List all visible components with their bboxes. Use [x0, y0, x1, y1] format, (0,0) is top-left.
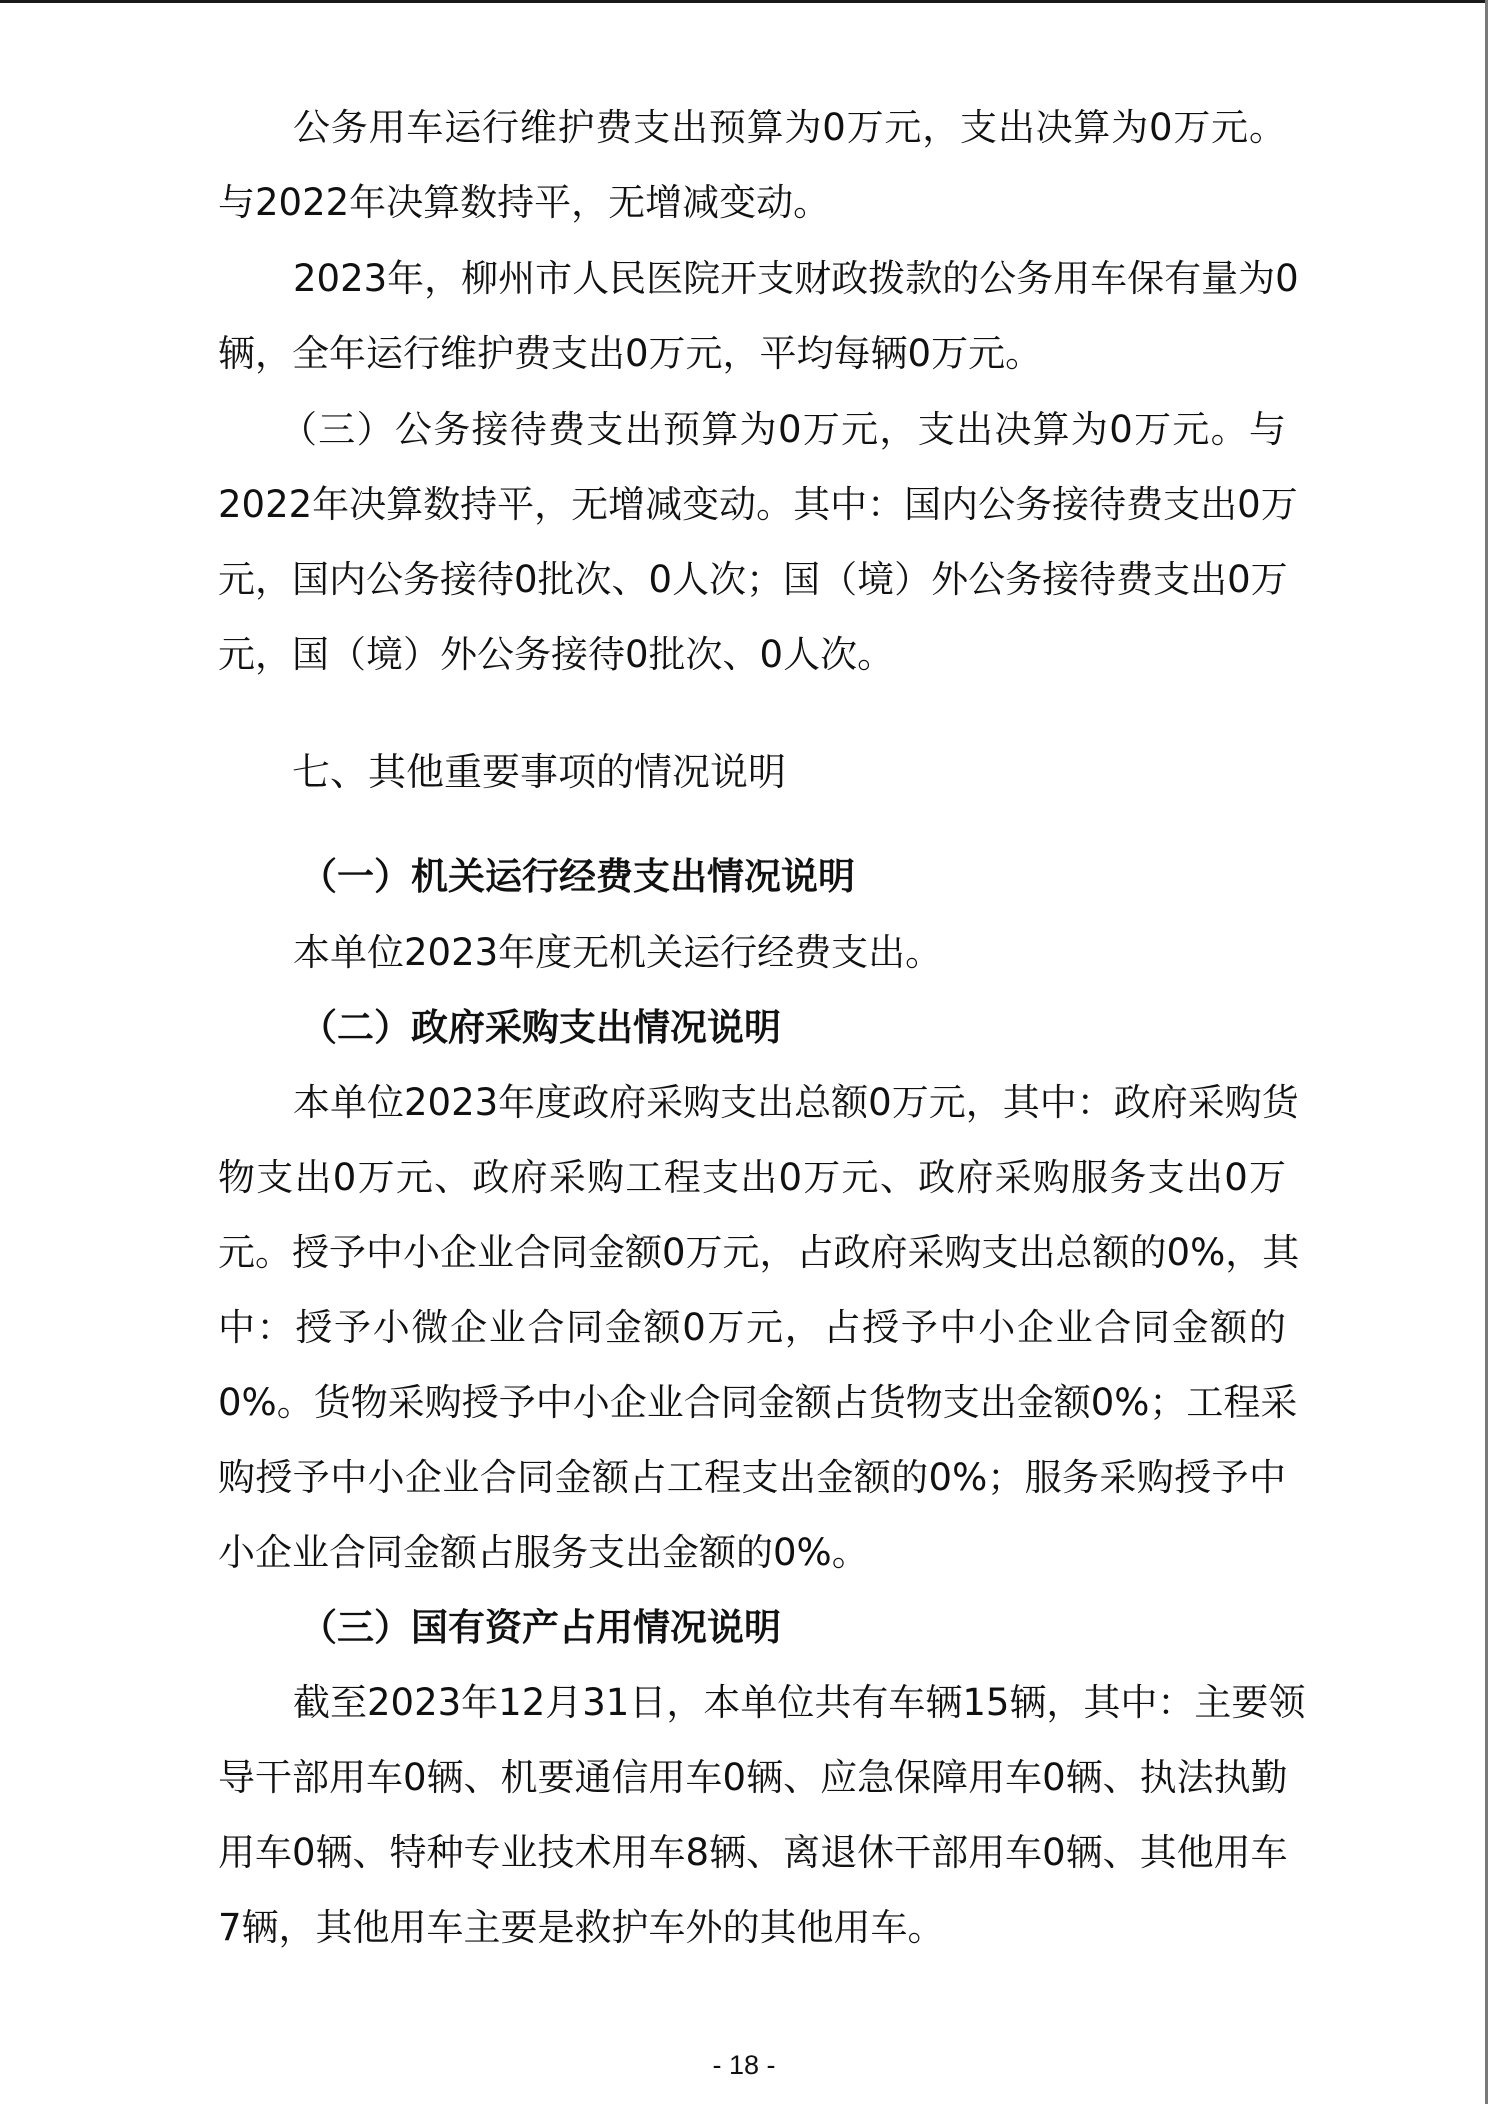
text-line: 0%。货物采购授予中小企业合同金额占货物支出金额0%；工程采 — [218, 1381, 1286, 1425]
page-top-border — [0, 0, 1488, 3]
text-line: 截至2023年12月31日，本单位共有车辆15辆，其中：主要领 — [293, 1681, 1286, 1725]
text-line: 2022年决算数持平，无增减变动。其中：国内公务接待费支出0万 — [218, 483, 1286, 527]
text-line: 本单位2023年度政府采购支出总额0万元，其中：政府采购货 — [293, 1081, 1286, 1125]
text-line: 物支出0万元、政府采购工程支出0万元、政府采购服务支出0万 — [218, 1156, 1286, 1200]
text-line: 公务用车运行维护费支出预算为0万元，支出决算为0万元。 — [293, 106, 1286, 150]
text-line: 导干部用车0辆、机要通信用车0辆、应急保障用车0辆、执法执勤 — [218, 1756, 1286, 1800]
text-line: 7辆，其他用车主要是救护车外的其他用车。 — [218, 1906, 1286, 1950]
subsection-heading: （一）机关运行经费支出情况说明 — [300, 855, 1000, 899]
text-line: 用车0辆、特种专业技术用车8辆、离退休干部用车0辆、其他用车 — [218, 1831, 1286, 1875]
subsection-heading: （二）政府采购支出情况说明 — [300, 1006, 1000, 1050]
text-line: 辆，全年运行维护费支出0万元，平均每辆0万元。 — [218, 332, 1286, 376]
page-number: - 18 - — [0, 2048, 1488, 2082]
text-line: 2023年，柳州市人民医院开支财政拨款的公务用车保有量为0 — [293, 257, 1286, 301]
text-line: 中：授予小微企业合同金额0万元，占授予中小企业合同金额的 — [218, 1306, 1286, 1350]
text-line: 元，国（境）外公务接待0批次、0人次。 — [218, 633, 1286, 677]
text-line: 本单位2023年度无机关运行经费支出。 — [293, 931, 1286, 975]
text-line: 元，国内公务接待0批次、0人次；国（境）外公务接待费支出0万 — [218, 558, 1286, 602]
text-line: 小企业合同金额占服务支出金额的0%。 — [218, 1531, 1286, 1575]
text-line: 与2022年决算数持平，无增减变动。 — [218, 181, 1286, 225]
text-line: 元。授予中小企业合同金额0万元，占政府采购支出总额的0%，其 — [218, 1231, 1286, 1275]
text-line: （三）公务接待费支出预算为0万元，支出决算为0万元。与 — [280, 408, 1286, 452]
section-heading-seven: 七、其他重要事项的情况说明 — [292, 750, 892, 794]
text-line: 购授予中小企业合同金额占工程支出金额的0%；服务采购授予中 — [218, 1456, 1286, 1500]
subsection-heading: （三）国有资产占用情况说明 — [300, 1606, 1000, 1650]
